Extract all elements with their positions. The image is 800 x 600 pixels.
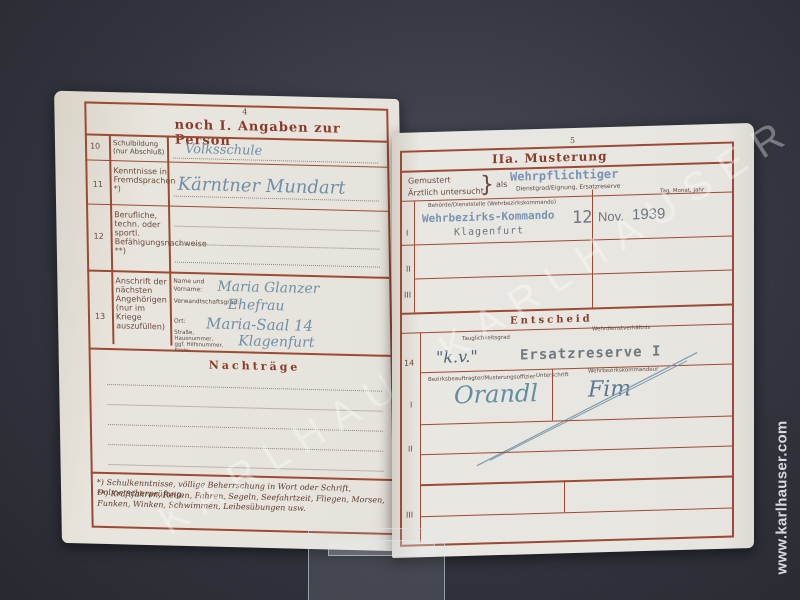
row-number-13: 13 [95,312,105,321]
header-line-mustered: Gemustert [408,175,451,185]
divider [564,480,565,512]
entry-day: 12 [572,207,592,228]
acrylic-stand [308,528,445,600]
kin-street-value: Klagenfurt [238,333,314,351]
row-label-school: Schulbildung (nur Abschluß) [113,139,167,156]
school-value: Volksschule [185,142,263,159]
brace: } [480,172,494,197]
entry-authority-city: Klagenfurt [454,225,524,238]
row-label-qualifications: Berufliche, techn. oder sportl. Befähigu… [114,210,169,256]
divider [420,332,421,542]
page-number-right: 5 [570,136,575,145]
kin-place-label: Ort: [174,318,186,326]
header-als: als [496,180,507,189]
row-number-12: 12 [94,232,104,241]
row-number-11: 11 [93,180,103,189]
decision-roman-1: I [410,400,412,409]
entry-roman-1: I [406,229,408,238]
side-watermark: www.karlhauser.com [760,390,800,580]
decision-roman-3: III [406,510,413,519]
kin-name-label: Name und Vorname: [173,278,213,295]
kin-name-value: Maria Glanzer [217,279,319,298]
right-page: 5 IIa. Musterung Gemustert Ärztlich unte… [392,123,754,558]
decision-roman-2: II [408,444,413,453]
kin-relation-value: Ehefrau [228,297,285,314]
row-label-next-of-kin: Anschrift der nächsten Angehörigen (nur … [115,276,170,331]
acrylic-stand-tab [328,540,435,556]
wehrdienst-label: Wehrdienstverhältnis [592,324,650,334]
entry-roman-3: III [404,291,411,300]
row-label-languages: Kenntnisse in Fremdsprachen *) [113,166,167,194]
row-number-10: 10 [90,142,100,151]
row-number-14: 14 [404,358,414,367]
supplements-title: Nachträge [209,358,301,373]
entry-roman-2: II [406,265,411,274]
kin-relation-label: Verwandtschaftsgrad: [174,298,214,307]
watermark-url: www.karlhauser.com [774,395,791,575]
languages-value: Kärntner Mundart [177,174,345,199]
left-page: 4 noch I. Angaben zur Person 10 Schulbil… [54,91,407,552]
divider [414,200,415,312]
